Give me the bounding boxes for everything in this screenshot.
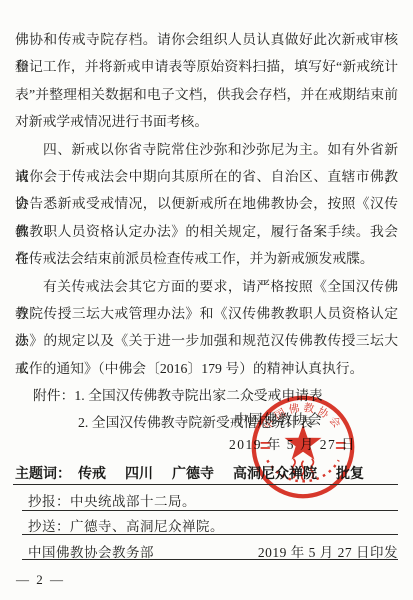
body-line: 教教职人员资格认定办法》的相关规定，履行备案手续。我会将 xyxy=(15,218,398,245)
body-line: 表”并整理相关数据和电子文档，供我会存档，并在戒期结束前 xyxy=(15,81,398,108)
print-date: 2019 年 5 月 27 日印发 xyxy=(258,541,398,561)
body-line: 对新戒学戒情况进行书面考核。 xyxy=(15,108,398,135)
body-line: 会告悉新戒受戒情况，以便新戒所在地佛教协会，按照《汉传佛 xyxy=(15,190,398,217)
subject-term: 广德寺 xyxy=(172,463,214,483)
subject-label: 主题词： xyxy=(15,463,71,483)
copy-send-row: 抄送：广德寺、高洞尼众禅院。 xyxy=(28,515,224,535)
issuer-row: 中国佛教协会教务部 2019 年 5 月 27 日印发 xyxy=(28,541,398,561)
body-line: 登记工作，并将新戒申请表等原始资料扫描，填写好“新戒统计 xyxy=(15,53,398,80)
subject-row: 主题词： 传戒 四川 广德寺 高洞尼众禅院 批复 xyxy=(15,463,398,483)
subject-term: 传戒 xyxy=(78,463,106,483)
separator-line xyxy=(13,484,398,485)
separator-line xyxy=(22,510,398,511)
body-line: 有关传戒法会其它方面的要求，请严格按照《全国汉传佛教 xyxy=(15,273,398,300)
body-text-block: 佛协和传戒寺院存档。请你会组织人员认真做好此次新戒审核和 登记工作，并将新戒申请… xyxy=(15,26,398,437)
issuer-name: 中国佛教协会教务部 xyxy=(28,541,154,561)
seal-star xyxy=(285,425,322,460)
subject-term: 高洞尼众禅院 xyxy=(233,463,317,483)
subject-term: 批复 xyxy=(336,463,364,483)
separator-line xyxy=(22,559,398,560)
subject-term: 四川 xyxy=(125,463,153,483)
body-line: 请你会于传戒法会中期向其原所在的省、自治区、直辖市佛教协 xyxy=(15,163,398,190)
body-line: 佛协和传戒寺院存档。请你会组织人员认真做好此次新戒审核和 xyxy=(15,26,398,53)
body-line: 法》的规定以及《关于进一步加强和规范汉传佛教传授三坛大戒 xyxy=(15,327,398,354)
body-line: 四、新戒以你省寺院常住沙弥和沙弥尼为主。如有外省新戒， xyxy=(15,136,398,163)
body-line: 在传戒法会结束前派员检查传戒工作，并为新戒颁发戒牒。 xyxy=(15,245,398,272)
body-line: 寺院传授三坛大戒管理办法》和《汉传佛教教职人员资格认定办 xyxy=(15,300,398,327)
separator-line xyxy=(22,534,398,535)
page-number: — 2 — xyxy=(16,572,65,588)
body-line: 工作的通知》（中佛会〔2016〕179 号）的精神认真执行。 xyxy=(15,355,398,382)
copy-report-row: 抄报：中央统战部十二局。 xyxy=(28,490,196,510)
document-page: 佛协和传戒寺院存档。请你会组织人员认真做好此次新戒审核和 登记工作，并将新戒申请… xyxy=(0,0,413,600)
